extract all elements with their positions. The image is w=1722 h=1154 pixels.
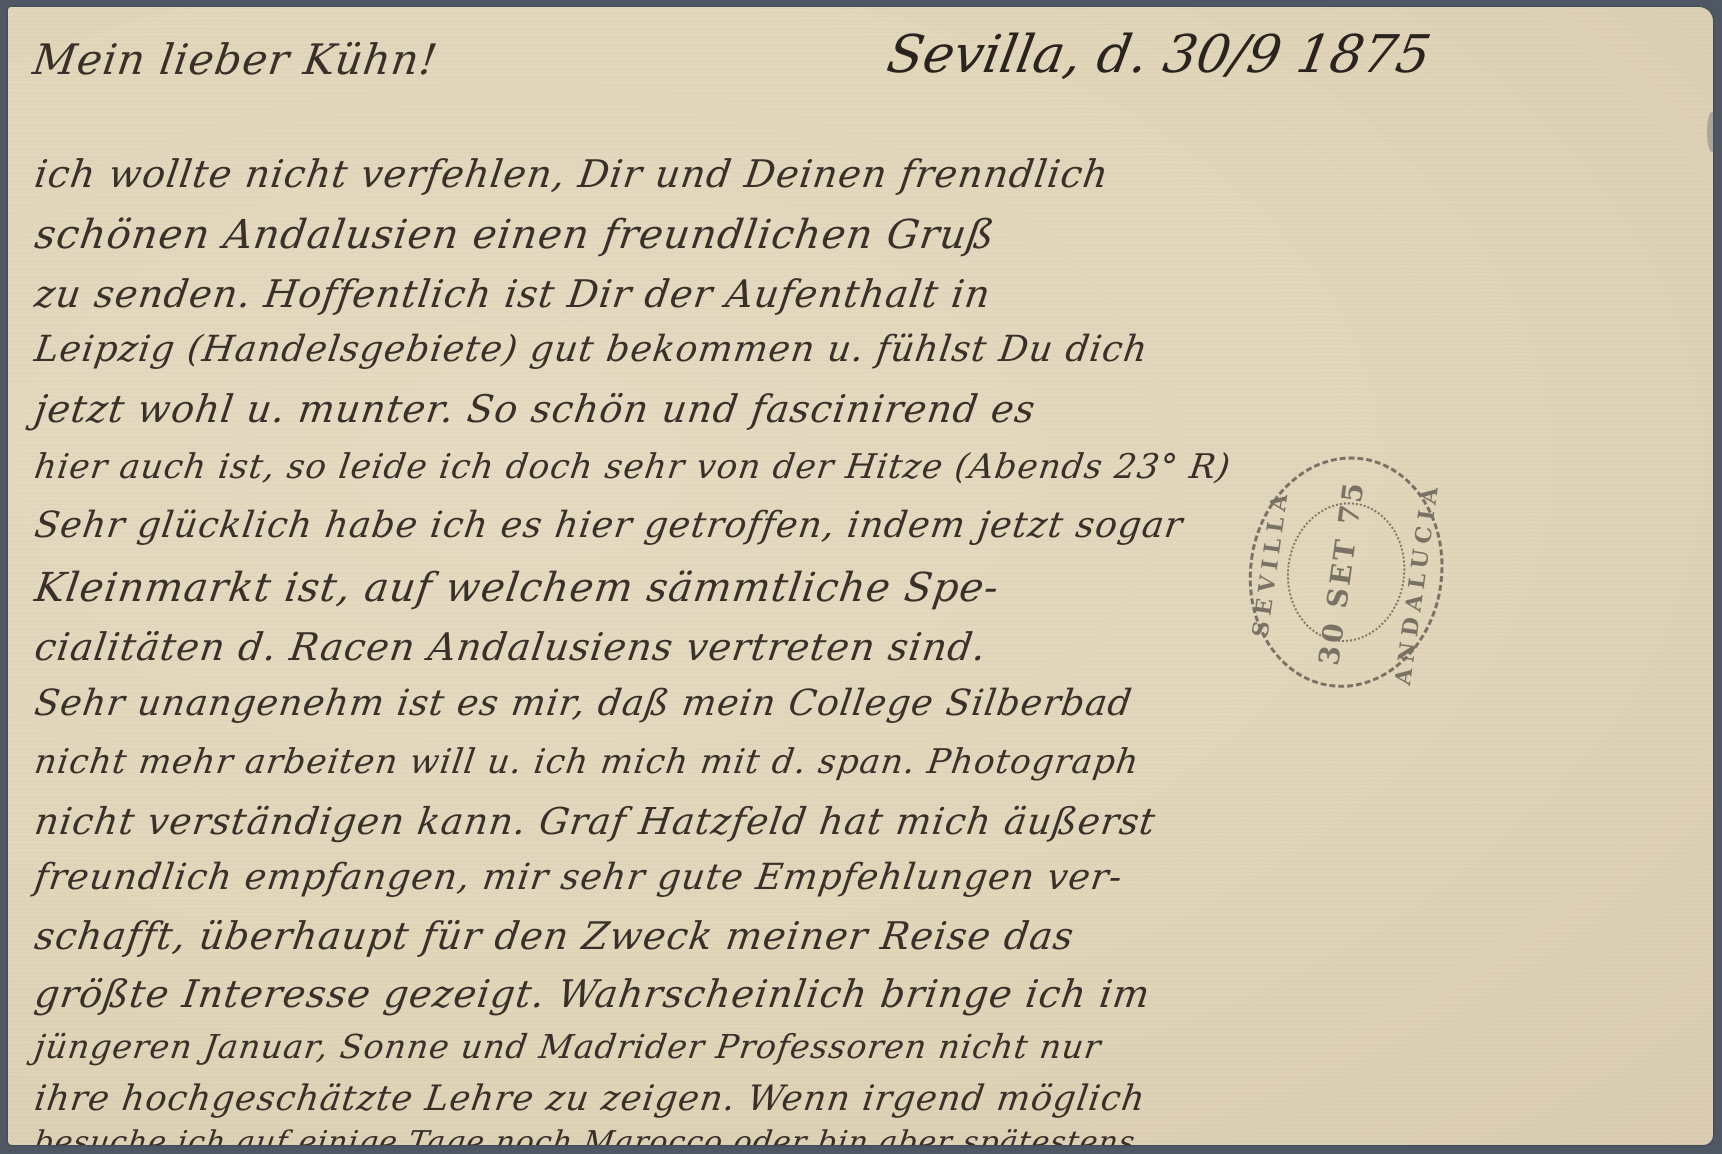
body-line: nicht mehr arbeiten will u. ich mich mit… (32, 742, 1142, 782)
body-line: nicht verständigen kann. Graf Hatzfeld h… (32, 800, 1159, 843)
body-line: zu senden. Hoffentlich ist Dir der Aufen… (32, 272, 994, 316)
body-line: schafft, überhaupt für den Zweck meiner … (32, 914, 1077, 958)
body-line: Sehr glücklich habe ich es hier getroffe… (32, 505, 1186, 546)
body-line: ich wollte nicht verfehlen, Dir und Dein… (32, 152, 1112, 196)
body-line: Leipzig (Handelsgebiete) gut bekommen u.… (32, 329, 1151, 370)
body-line: besuche ich auf einige Tage noch Marocco… (32, 1125, 1138, 1145)
postcard: Mein lieber Kühn! Sevilla, d. 30/9 1875 … (8, 7, 1713, 1145)
body-line: Sehr unangenehm ist es mir, daß mein Col… (32, 683, 1135, 724)
body-line: größte Interesse gezeigt. Wahrscheinlich… (32, 972, 1153, 1016)
salutation: Mein lieber Kühn! (30, 35, 441, 84)
body-line: Kleinmarkt ist, auf welchem sämmtliche S… (32, 565, 1002, 611)
body-line: schönen Andalusien einen freundlichen Gr… (32, 212, 998, 258)
place-date: Sevilla, d. 30/9 1875 (883, 25, 1435, 85)
body-line: hier auch ist, so leide ich doch sehr vo… (32, 447, 1233, 487)
body-line: ihre hochgeschätzte Lehre zu zeigen. Wen… (32, 1079, 1148, 1119)
body-line: jetzt wohl u. munter. So schön und fasci… (32, 387, 1039, 431)
body-line: cialitäten d. Racen Andalusiens vertrete… (32, 625, 989, 669)
body-line: freundlich empfangen, mir sehr gute Empf… (32, 857, 1125, 898)
postmark-stamp: SEVILLA 30 SET 75 ANDALUCIA (1234, 446, 1456, 700)
body-line: jüngeren Januar, Sonne und Madrider Prof… (32, 1027, 1104, 1066)
scan-background: Mein lieber Kühn! Sevilla, d. 30/9 1875 … (0, 0, 1722, 1154)
